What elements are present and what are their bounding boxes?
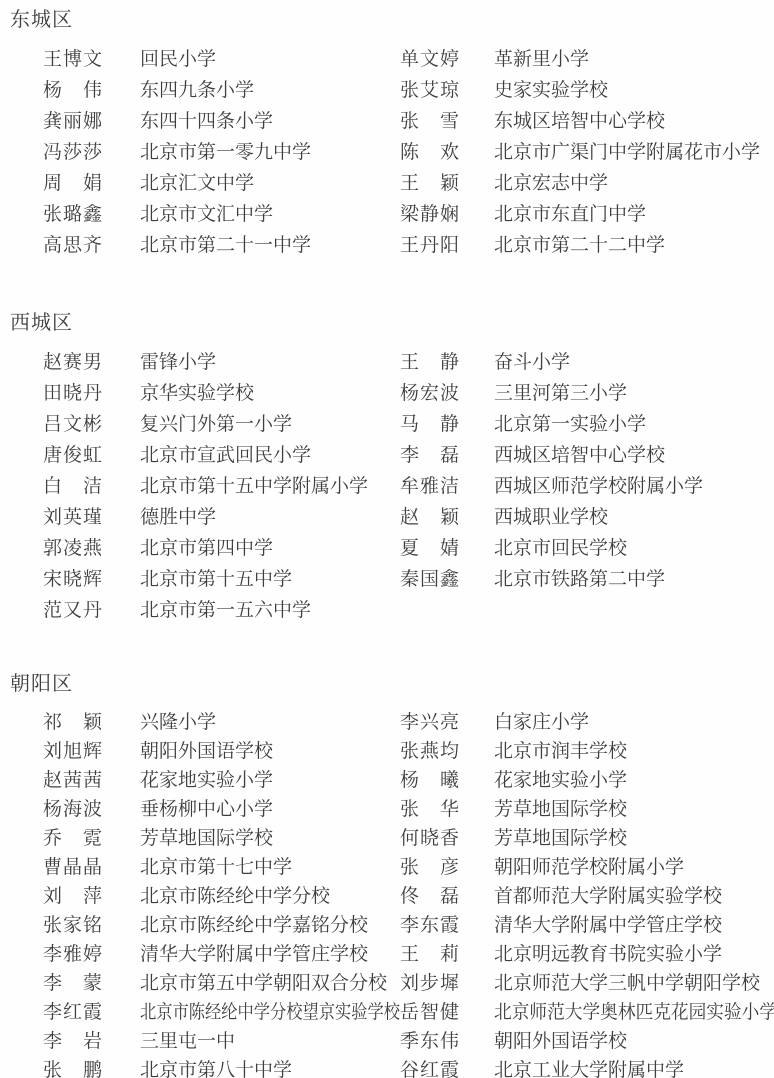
teacher-name-right: 李东霞 [400, 916, 494, 935]
school-name-right: 史家实验学校 [494, 81, 774, 100]
table-row: 龚丽娜 东四十四条小学 张 雪 东城区培智中心学校 [43, 106, 774, 137]
teacher-name-left: 刘旭辉 [43, 742, 140, 761]
school-name-left: 北京市第五中学朝阳双合分校 [140, 974, 400, 993]
school-name-left: 北京市陈经纶中学分校望京实验学校 [140, 1003, 362, 1022]
teacher-name-left: 刘 萍 [43, 887, 140, 906]
teacher-name-right: 赵 颖 [400, 508, 494, 527]
teacher-name-right: 李 磊 [400, 446, 494, 465]
teacher-name-left: 王博文 [43, 50, 140, 69]
school-name-left: 三里屯一中 [140, 1032, 400, 1051]
school-name-left: 复兴门外第一小学 [140, 415, 400, 434]
table-row: 李雅婷 清华大学附属中学管庄学校 王 莉 北京明远教育书院实验小学 [43, 940, 774, 969]
school-name-left: 北京汇文中学 [140, 174, 400, 193]
award-list: 王博文 回民小学 单文婷 革新里小学 杨 伟 东四九条小学 张艾琼 史家实验学校… [43, 44, 774, 261]
teacher-name-left: 李 岩 [43, 1032, 140, 1051]
table-row: 白 洁 北京市第十五中学附属小学 牟雅洁 西城区师范学校附属小学 [43, 471, 774, 502]
teacher-name-left: 赵茜茜 [43, 771, 140, 790]
district-title: 西城区 [10, 311, 774, 335]
teacher-name-right: 张燕均 [400, 742, 494, 761]
table-row: 杨海波 垂杨柳中心小学 张 华 芳草地国际学校 [43, 795, 774, 824]
teacher-name-left: 龚丽娜 [43, 112, 140, 131]
district-section: 西城区 赵赛男 雷锋小学 王 静 奋斗小学 田晓丹 京华实验学校 杨宏波 三里河… [10, 311, 774, 626]
teacher-name-right: 杨 曦 [400, 771, 494, 790]
teacher-name-left: 吕文彬 [43, 415, 140, 434]
school-name-left: 京华实验学校 [140, 384, 400, 403]
teacher-name-right: 王 颖 [400, 174, 494, 193]
teacher-name-left: 周 娟 [43, 174, 140, 193]
school-name-right: 北京明远教育书院实验小学 [494, 945, 774, 964]
school-name-left: 德胜中学 [140, 508, 400, 527]
award-list: 赵赛男 雷锋小学 王 静 奋斗小学 田晓丹 京华实验学校 杨宏波 三里河第三小学… [43, 347, 774, 626]
teacher-name-right: 梁静娴 [400, 205, 494, 224]
school-name-left: 北京市第四中学 [140, 539, 400, 558]
table-row: 曹晶晶 北京市第十七中学 张 彦 朝阳师范学校附属小学 [43, 853, 774, 882]
table-row: 赵茜茜 花家地实验小学 杨 曦 花家地实验小学 [43, 766, 774, 795]
teacher-name-left: 祁 颖 [43, 713, 140, 732]
teacher-name-right: 夏 婧 [400, 539, 494, 558]
school-name-right: 花家地实验小学 [494, 771, 774, 790]
school-name-right: 北京第一实验小学 [494, 415, 774, 434]
teacher-name-right: 张 彦 [400, 858, 494, 877]
award-list: 祁 颖 兴隆小学 李兴亮 白家庄小学 刘旭辉 朝阳外国语学校 张燕均 北京市润丰… [43, 708, 774, 1078]
teacher-name-left: 田晓丹 [43, 384, 140, 403]
school-name-right: 西城职业学校 [494, 508, 774, 527]
teacher-name-right: 牟雅洁 [400, 477, 494, 496]
school-name-right: 芳草地国际学校 [494, 829, 774, 848]
school-name-right: 奋斗小学 [494, 353, 774, 372]
school-name-left: 朝阳外国语学校 [140, 742, 400, 761]
table-row: 王博文 回民小学 单文婷 革新里小学 [43, 44, 774, 75]
school-name-left: 北京市第一五六中学 [140, 601, 400, 620]
teacher-name-right: 王 莉 [400, 945, 494, 964]
table-row: 唐俊虹 北京市宣武回民小学 李 磊 西城区培智中心学校 [43, 440, 774, 471]
teacher-name-right: 陈 欢 [400, 143, 494, 162]
school-name-left: 雷锋小学 [140, 353, 400, 372]
table-row: 李红霞 北京市陈经纶中学分校望京实验学校 岳智健 北京师范大学奥林匹克花园实验小… [43, 998, 774, 1027]
teacher-name-right: 季东伟 [400, 1032, 494, 1051]
table-row: 杨 伟 东四九条小学 张艾琼 史家实验学校 [43, 75, 774, 106]
teacher-name-right: 岳智健 [400, 1003, 494, 1022]
teacher-name-left: 杨海波 [43, 800, 140, 819]
district-section: 朝阳区 祁 颖 兴隆小学 李兴亮 白家庄小学 刘旭辉 朝阳外国语学校 张燕均 北… [10, 672, 774, 1078]
school-name-right: 北京市东直门中学 [494, 205, 774, 224]
table-row: 李 蒙 北京市第五中学朝阳双合分校 刘步墀 北京师范大学三帆中学朝阳学校 [43, 969, 774, 998]
district-title: 东城区 [10, 8, 774, 32]
teacher-name-right: 王丹阳 [400, 236, 494, 255]
school-name-left: 北京市第二十一中学 [140, 236, 400, 255]
teacher-name-left: 乔 霓 [43, 829, 140, 848]
teacher-name-left: 宋晓辉 [43, 570, 140, 589]
table-row: 范又丹 北京市第一五六中学 [43, 595, 774, 626]
teacher-name-right: 王 静 [400, 353, 494, 372]
school-name-left: 北京市第十七中学 [140, 858, 400, 877]
teacher-name-left: 刘英瑾 [43, 508, 140, 527]
district-title: 朝阳区 [10, 672, 774, 696]
teacher-name-right: 张 华 [400, 800, 494, 819]
teacher-name-right: 张艾琼 [400, 81, 494, 100]
teacher-name-left: 郭凌燕 [43, 539, 140, 558]
teacher-name-left: 张璐鑫 [43, 205, 140, 224]
teacher-name-right: 何晓香 [400, 829, 494, 848]
school-name-left: 花家地实验小学 [140, 771, 400, 790]
school-name-left: 东四九条小学 [140, 81, 400, 100]
table-row: 李 岩 三里屯一中 季东伟 朝阳外国语学校 [43, 1027, 774, 1056]
teacher-name-left: 李雅婷 [43, 945, 140, 964]
school-name-left: 北京市陈经纶中学分校 [140, 887, 400, 906]
table-row: 刘 萍 北京市陈经纶中学分校 佟 磊 首都师范大学附属实验学校 [43, 882, 774, 911]
school-name-right: 西城区师范学校附属小学 [494, 477, 774, 496]
school-name-right: 北京市回民学校 [494, 539, 774, 558]
school-name-right: 北京市铁路第二中学 [494, 570, 774, 589]
table-row: 赵赛男 雷锋小学 王 静 奋斗小学 [43, 347, 774, 378]
teacher-name-left: 李 蒙 [43, 974, 140, 993]
school-name-left: 清华大学附属中学管庄学校 [140, 945, 400, 964]
teacher-name-right: 张 雪 [400, 112, 494, 131]
teacher-name-left: 唐俊虹 [43, 446, 140, 465]
table-row: 周 娟 北京汇文中学 王 颖 北京宏志中学 [43, 168, 774, 199]
school-name-right: 革新里小学 [494, 50, 774, 69]
teacher-name-left: 赵赛男 [43, 353, 140, 372]
school-name-right: 东城区培智中心学校 [494, 112, 774, 131]
teacher-name-right: 杨宏波 [400, 384, 494, 403]
table-row: 张璐鑫 北京市文汇中学 梁静娴 北京市东直门中学 [43, 199, 774, 230]
school-name-left: 北京市宣武回民小学 [140, 446, 400, 465]
school-name-left: 北京市第十五中学附属小学 [140, 477, 400, 496]
teacher-name-right: 李兴亮 [400, 713, 494, 732]
school-name-left: 东四十四条小学 [140, 112, 400, 131]
table-row: 祁 颖 兴隆小学 李兴亮 白家庄小学 [43, 708, 774, 737]
school-name-right: 三里河第三小学 [494, 384, 774, 403]
school-name-right: 白家庄小学 [494, 713, 774, 732]
teacher-name-left: 冯莎莎 [43, 143, 140, 162]
table-row: 刘旭辉 朝阳外国语学校 张燕均 北京市润丰学校 [43, 737, 774, 766]
teacher-name-right: 秦国鑫 [400, 570, 494, 589]
teacher-name-right: 刘步墀 [400, 974, 494, 993]
teacher-name-right: 马 静 [400, 415, 494, 434]
school-name-left: 北京市文汇中学 [140, 205, 400, 224]
table-row: 郭凌燕 北京市第四中学 夏 婧 北京市回民学校 [43, 533, 774, 564]
school-name-right: 北京工业大学附属中学 [494, 1061, 774, 1078]
teacher-name-left: 高思齐 [43, 236, 140, 255]
teacher-name-left: 曹晶晶 [43, 858, 140, 877]
teacher-name-right: 谷红霞 [400, 1061, 494, 1078]
teacher-name-left: 杨 伟 [43, 81, 140, 100]
table-row: 刘英瑾 德胜中学 赵 颖 西城职业学校 [43, 502, 774, 533]
school-name-left: 兴隆小学 [140, 713, 400, 732]
teacher-name-right: 佟 磊 [400, 887, 494, 906]
school-name-right: 朝阳外国语学校 [494, 1032, 774, 1051]
school-name-left: 北京市陈经纶中学嘉铭分校 [140, 916, 400, 935]
teacher-name-left: 范又丹 [43, 601, 140, 620]
school-name-right: 北京宏志中学 [494, 174, 774, 193]
table-row: 宋晓辉 北京市第十五中学 秦国鑫 北京市铁路第二中学 [43, 564, 774, 595]
school-name-right: 首都师范大学附属实验学校 [494, 887, 774, 906]
teacher-name-left: 张家铭 [43, 916, 140, 935]
teacher-name-left: 李红霞 [43, 1003, 140, 1022]
school-name-right: 西城区培智中心学校 [494, 446, 774, 465]
school-name-right: 北京市第二十二中学 [494, 236, 774, 255]
school-name-left: 北京市第十五中学 [140, 570, 400, 589]
school-name-right: 北京师范大学三帆中学朝阳学校 [494, 974, 774, 993]
document-page: 东城区 王博文 回民小学 单文婷 革新里小学 杨 伟 东四九条小学 张艾琼 史家… [0, 0, 774, 1078]
school-name-left: 芳草地国际学校 [140, 829, 400, 848]
school-name-right: 芳草地国际学校 [494, 800, 774, 819]
school-name-right: 北京市润丰学校 [494, 742, 774, 761]
table-row: 张家铭 北京市陈经纶中学嘉铭分校 李东霞 清华大学附属中学管庄学校 [43, 911, 774, 940]
table-row: 高思齐 北京市第二十一中学 王丹阳 北京市第二十二中学 [43, 230, 774, 261]
school-name-right: 北京师范大学奥林匹克花园实验小学 [494, 1003, 757, 1022]
table-row: 田晓丹 京华实验学校 杨宏波 三里河第三小学 [43, 378, 774, 409]
table-row: 冯莎莎 北京市第一零九中学 陈 欢 北京市广渠门中学附属花市小学 [43, 137, 774, 168]
school-name-right: 北京市广渠门中学附属花市小学 [494, 143, 774, 162]
table-row: 吕文彬 复兴门外第一小学 马 静 北京第一实验小学 [43, 409, 774, 440]
school-name-left: 垂杨柳中心小学 [140, 800, 400, 819]
table-row: 乔 霓 芳草地国际学校 何晓香 芳草地国际学校 [43, 824, 774, 853]
school-name-left: 回民小学 [140, 50, 400, 69]
school-name-left: 北京市第一零九中学 [140, 143, 400, 162]
school-name-right: 朝阳师范学校附属小学 [494, 858, 774, 877]
district-section: 东城区 王博文 回民小学 单文婷 革新里小学 杨 伟 东四九条小学 张艾琼 史家… [10, 8, 774, 261]
school-name-left: 北京市第八十中学 [140, 1061, 400, 1078]
table-row: 张 鹏 北京市第八十中学 谷红霞 北京工业大学附属中学 [43, 1056, 774, 1078]
teacher-name-left: 白 洁 [43, 477, 140, 496]
teacher-name-right: 单文婷 [400, 50, 494, 69]
school-name-right: 清华大学附属中学管庄学校 [494, 916, 774, 935]
teacher-name-left: 张 鹏 [43, 1061, 140, 1078]
